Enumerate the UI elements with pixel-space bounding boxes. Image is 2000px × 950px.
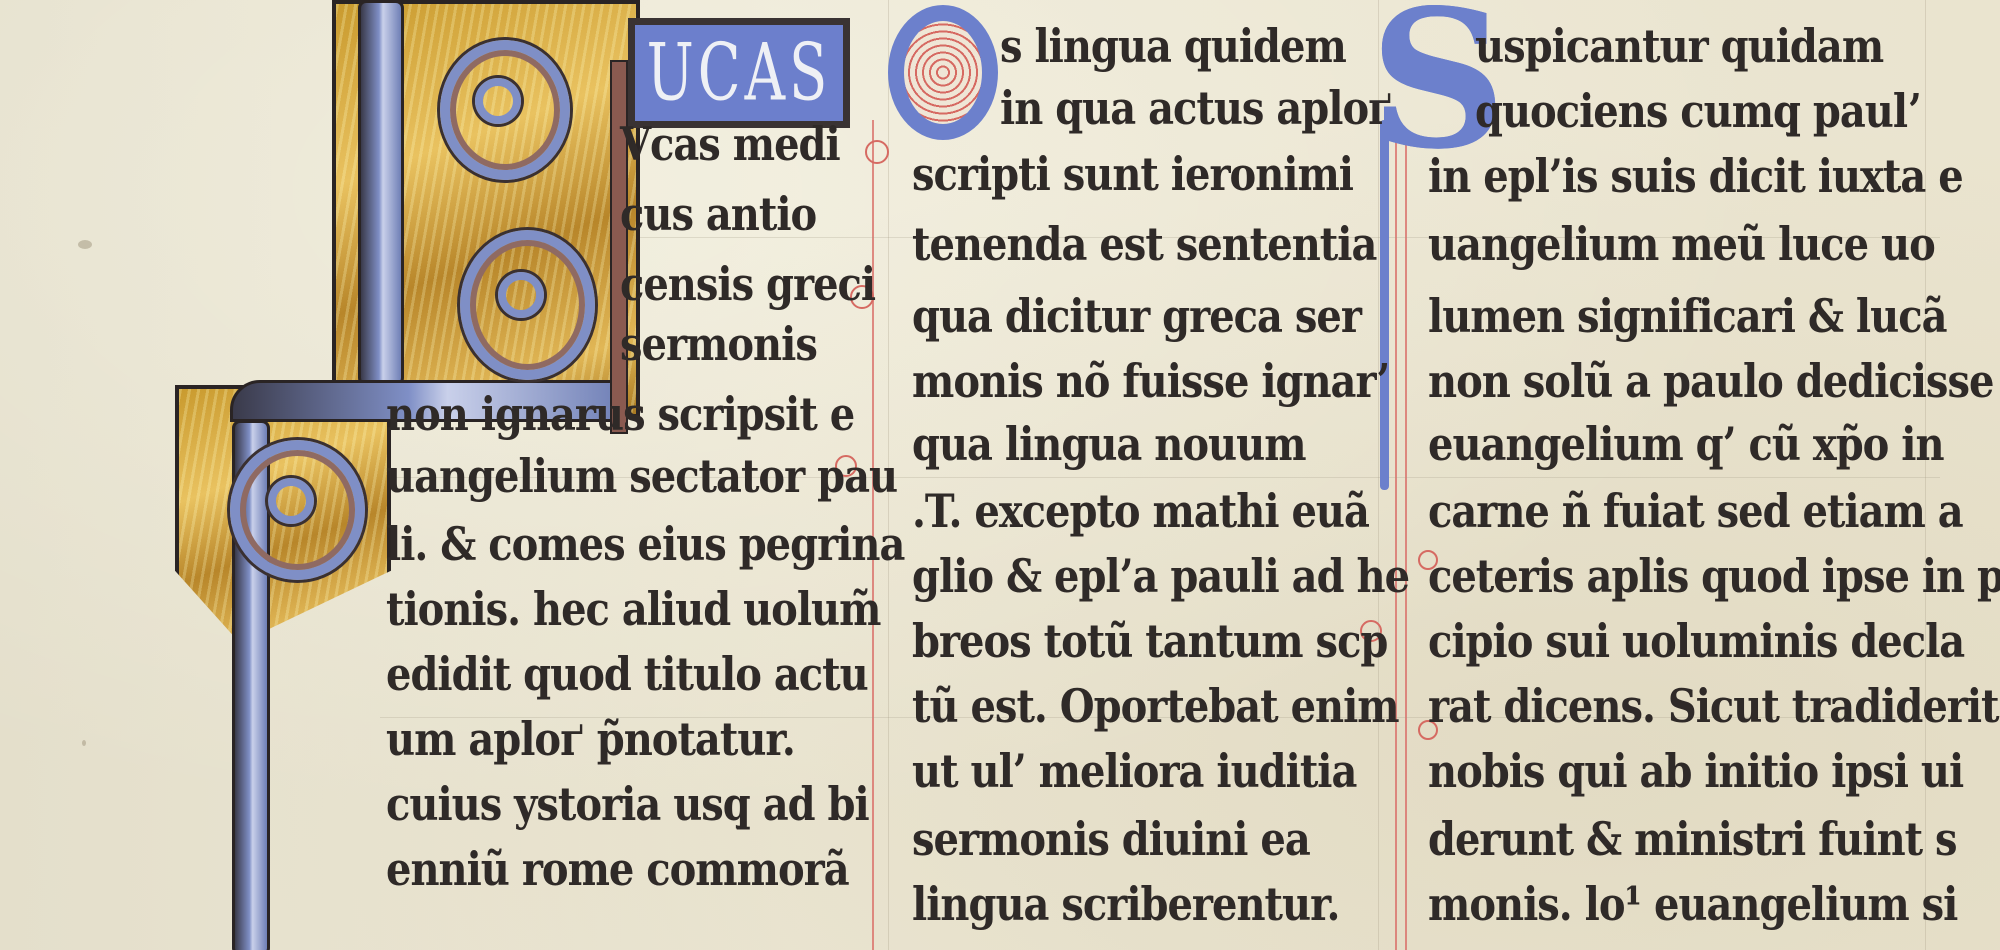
text-line: edidit quod titulo actu (386, 652, 868, 698)
spiral-ornament-upper (440, 40, 570, 180)
text-line: sermonis diuini ea (912, 817, 1310, 863)
text-line: um aploґ p̃notatur. (386, 717, 795, 763)
text-line: non solũ a paulo dedicisse (1428, 359, 1993, 405)
text-line: li. & comes eius pegrina (386, 522, 904, 568)
text-line: cuius ystoria usq̧ ad bi (386, 782, 869, 828)
text-line: non ignarus scripsit e (386, 392, 854, 438)
text-line: uangelium sectator pau (386, 454, 897, 500)
text-line: .T. excepto mathi euã (912, 489, 1369, 535)
text-line: carne ñ fuiat sed etiam a (1428, 489, 1963, 535)
title-banner-lucas: UCAS (628, 18, 850, 128)
text-line: cus antio (620, 192, 816, 238)
text-line: cipio sui uoluminis decla (1428, 619, 1964, 665)
text-line: monis nõ fuisse ignarʼ (912, 359, 1388, 405)
text-line: in epl’is suis dicit iuxta e (1428, 154, 1963, 200)
text-line: glio & epl’a pauli ad he (912, 554, 1409, 600)
text-line: uspicantur quidam (1475, 24, 1883, 70)
text-line: nobis qui ab initio ipsi ui (1428, 749, 1963, 795)
text-line: in qua actus aploґ (1000, 86, 1392, 132)
text-line: sermonis (620, 322, 817, 368)
text-line: lingua scriberentur. (912, 882, 1339, 928)
parchment-speck (78, 240, 92, 249)
text-line: euangelium q’ cũ xp̃o in (1428, 422, 1944, 468)
text-line: quociens cumq̧ paulʼ (1475, 89, 1920, 135)
text-line: derunt & ministri fuint s (1428, 817, 1957, 863)
red-flourish (865, 140, 889, 164)
text-line: censis greci (620, 262, 875, 308)
text-line: scripti sunt ieronimi (912, 152, 1353, 198)
text-line: tionis. hec aliud uolum̃ (386, 587, 880, 633)
text-line: ut ul’ meliora iuditia (912, 749, 1356, 795)
column-ruling-right (1925, 0, 1926, 950)
text-line: tũ est. Oportebat enim (912, 684, 1399, 730)
text-line: qua lingua nouum (912, 422, 1306, 468)
text-line: monis. lo¹ euangelium si (1428, 882, 1957, 928)
parchment-speck (82, 740, 86, 746)
text-line: lumen significari & lucã (1428, 294, 1946, 340)
text-line: tenenda est sententia (912, 222, 1376, 268)
blue-knotwork-stem (358, 0, 404, 386)
text-line: enniũ rome commorã (386, 847, 849, 893)
text-line: Vcas medi (620, 122, 840, 168)
text-line: breos totũ tantum scp (912, 619, 1387, 665)
text-line: rat dicens. Sicut tradiderit (1428, 684, 1999, 730)
text-line: qua dicitur greca ser (912, 294, 1361, 340)
spiral-ornament-lower (230, 440, 365, 580)
title-banner-text: UCAS (647, 28, 832, 119)
spiral-ornament-middle (460, 230, 595, 380)
text-line: s lingua quidem (1000, 24, 1346, 70)
red-penwork-border-col2 (1395, 140, 1397, 950)
text-line: ceteris aplis quod ipse in pn (1428, 554, 2000, 600)
brown-frame-bar (610, 60, 628, 434)
red-penwork-border-col2b (1405, 140, 1407, 950)
text-line: uangelium meũ luce uo (1428, 222, 1935, 268)
decorated-initial-o (888, 5, 998, 140)
